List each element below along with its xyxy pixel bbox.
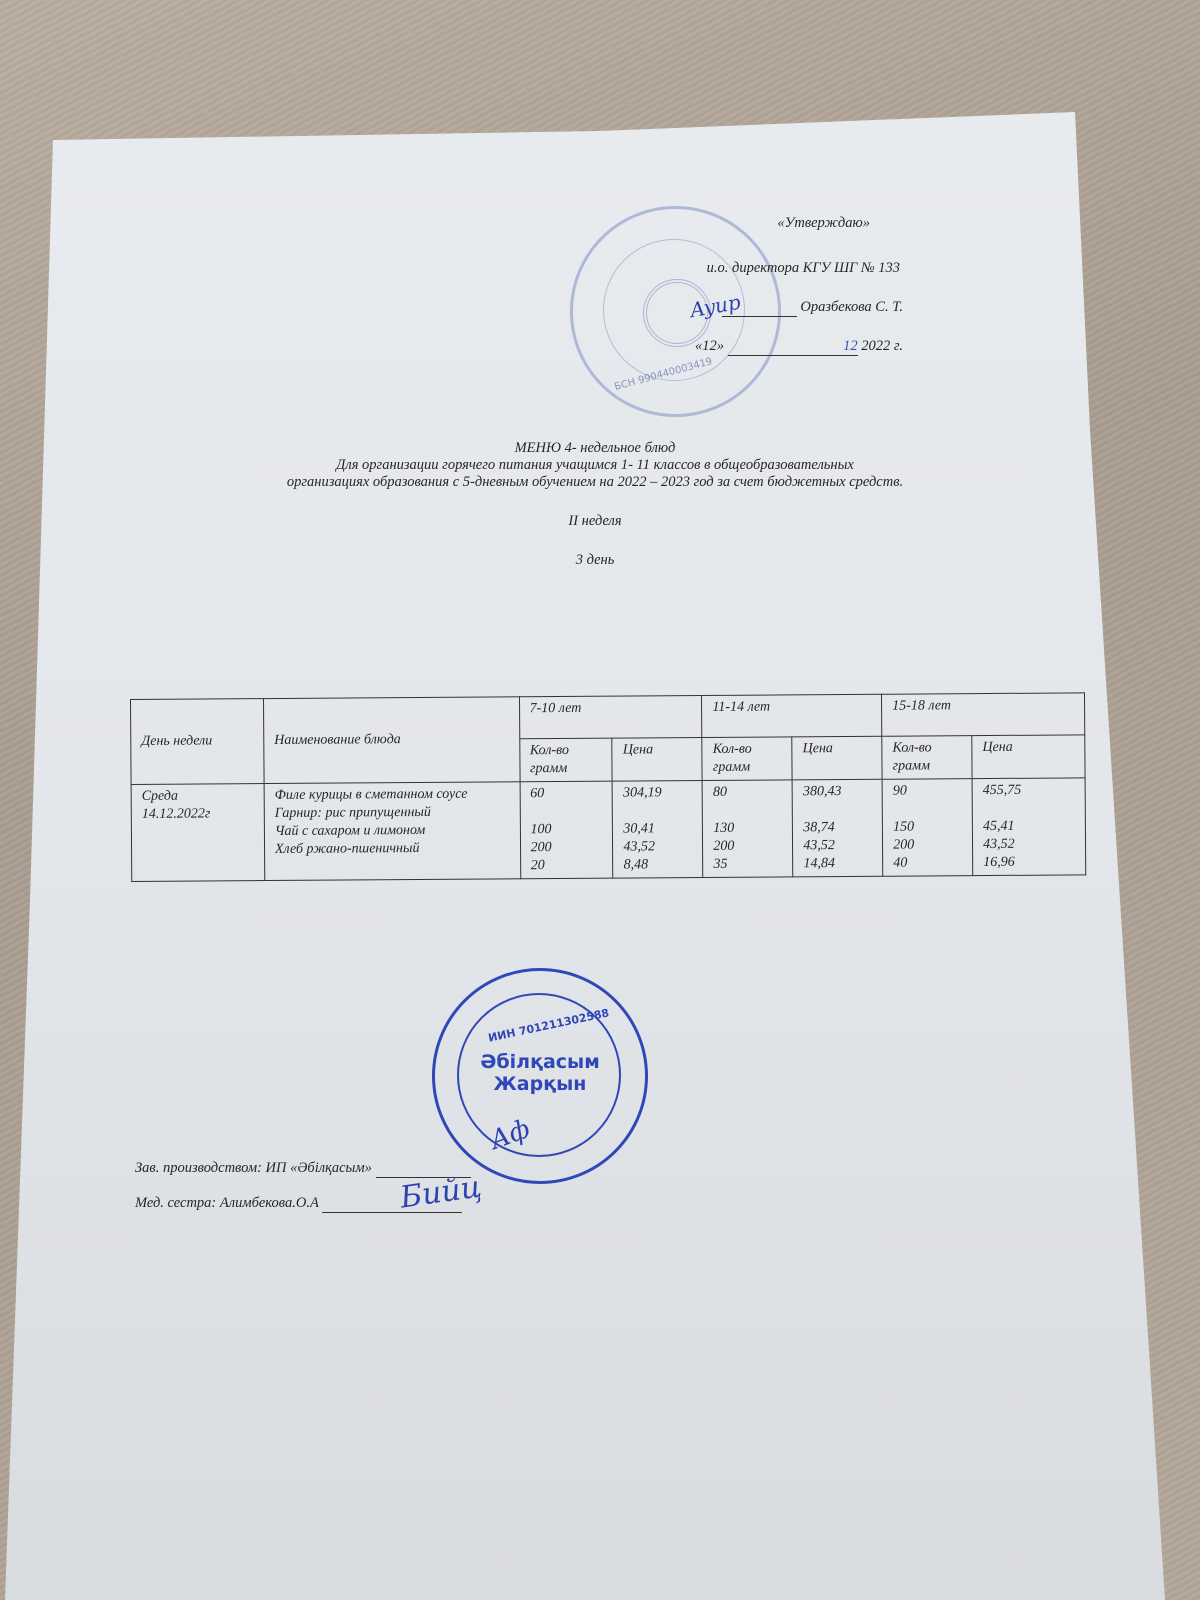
- header-price: Цена: [792, 736, 882, 780]
- qty-value: 200: [893, 836, 962, 854]
- price-value: 38,74: [803, 819, 872, 837]
- production-manager-line: Зав. производством: ИП «Әбілқасым»: [135, 1160, 471, 1178]
- price-value: 16,96: [983, 853, 1075, 872]
- dishes-cell: Филе курицы в сметанном соусе Гарнир: ри…: [264, 782, 520, 881]
- qty-value: 200: [531, 839, 603, 858]
- stamp-name-line-1: Әбілқасым: [435, 1051, 645, 1073]
- header-qty: Кол-во грамм: [882, 736, 972, 780]
- price-value: 43,52: [803, 837, 872, 855]
- date-month: 12: [728, 338, 858, 356]
- week-label: II неделя: [180, 513, 1010, 530]
- approve-label: «Утверждаю»: [777, 215, 870, 232]
- day-date: 14.12.2022г: [142, 805, 254, 824]
- table-row: Среда 14.12.2022г Филе курицы в сметанно…: [131, 778, 1086, 882]
- header-day: День недели: [131, 699, 264, 785]
- qty-value: 100: [530, 821, 602, 840]
- price-value: 380,43: [803, 783, 872, 801]
- qty-11-14: 80 130 200 35: [702, 780, 793, 878]
- price-value: 43,52: [983, 835, 1075, 854]
- price-value: 455,75: [983, 781, 1075, 800]
- header-age-7-10: 7-10 лет: [519, 696, 702, 739]
- header-dish: Наименование блюда: [263, 697, 519, 784]
- dish-name: Филе курицы в сметанном соусе: [275, 785, 510, 805]
- price-value: 30,41: [623, 820, 692, 838]
- menu-title: МЕНЮ 4- недельное блюд: [180, 440, 1010, 457]
- header-price: Цена: [612, 738, 702, 782]
- price-15-18: 455,75 45,41 43,52 16,96: [972, 778, 1086, 876]
- dish-name: Чай с сахаром и лимоном: [275, 821, 510, 841]
- qty-value: 80: [713, 783, 782, 801]
- day-cell: Среда 14.12.2022г: [131, 784, 265, 882]
- qty-value: 200: [713, 837, 782, 855]
- approval-date: «12» 12 2022 г.: [695, 338, 903, 356]
- price-value: 8,48: [624, 856, 693, 874]
- header-age-15-18: 15-18 лет: [882, 693, 1085, 736]
- price-value: 14,84: [803, 855, 872, 873]
- approver-name: Оразбекова С. Т.: [800, 299, 903, 315]
- day-name: Среда: [142, 787, 254, 806]
- subtitle-line-1: Для организации горячего питания учащимс…: [180, 457, 1010, 474]
- approver-position: и.о. директора КГУ ШГ № 133: [707, 260, 900, 277]
- dish-name: Хлеб ржано-пшеничный: [275, 839, 510, 859]
- date-month-value: 12: [823, 338, 858, 354]
- qty-value: 130: [713, 819, 782, 837]
- price-7-10: 304,19 30,41 43,52 8,48: [613, 781, 704, 879]
- document: БСН 990440003419 «Утверждаю» и.о. директ…: [0, 0, 1200, 1600]
- qty-value: 40: [893, 854, 962, 872]
- qty-7-10: 60 100 200 20: [520, 781, 614, 879]
- menu-table: День недели Наименование блюда 7-10 лет …: [130, 692, 1086, 882]
- subtitle-line-2: организациях образования с 5-дневным обу…: [180, 474, 1010, 491]
- nurse-label: Мед. сестра: Алимбекова.О.А: [135, 1195, 319, 1211]
- qty-value: 150: [893, 818, 962, 836]
- header-qty: Кол-во грамм: [702, 737, 792, 781]
- entrepreneur-stamp: ИИН 701211302588 Әбілқасым Жарқын: [432, 968, 648, 1184]
- day-label: 3 день: [180, 552, 1010, 569]
- header-qty: Кол-во грамм: [519, 738, 612, 782]
- stamp-name: Әбілқасым Жарқын: [435, 1051, 645, 1095]
- qty-value: 35: [713, 855, 782, 873]
- production-manager-label: Зав. производством: ИП «Әбілқасым»: [135, 1160, 372, 1176]
- price-value: 45,41: [983, 817, 1075, 836]
- header-price: Цена: [972, 735, 1085, 779]
- date-day: «12»: [695, 338, 724, 354]
- date-year: 2022 г.: [861, 338, 903, 354]
- qty-value: 20: [531, 857, 603, 876]
- price-value: 304,19: [623, 784, 692, 802]
- qty-15-18: 90 150 200 40: [882, 779, 973, 877]
- document-heading: МЕНЮ 4- недельное блюд Для организации г…: [180, 440, 1010, 569]
- qty-value: 90: [893, 782, 962, 800]
- price-value: 43,52: [623, 838, 692, 856]
- stamp-name-line-2: Жарқын: [435, 1073, 645, 1095]
- approver-name-line: Оразбекова С. Т.: [722, 299, 903, 317]
- price-11-14: 380,43 38,74 43,52 14,84: [792, 779, 883, 877]
- header-age-11-14: 11-14 лет: [702, 694, 882, 737]
- dish-name: Гарнир: рис припущенный: [275, 803, 510, 823]
- qty-value: 60: [530, 785, 602, 804]
